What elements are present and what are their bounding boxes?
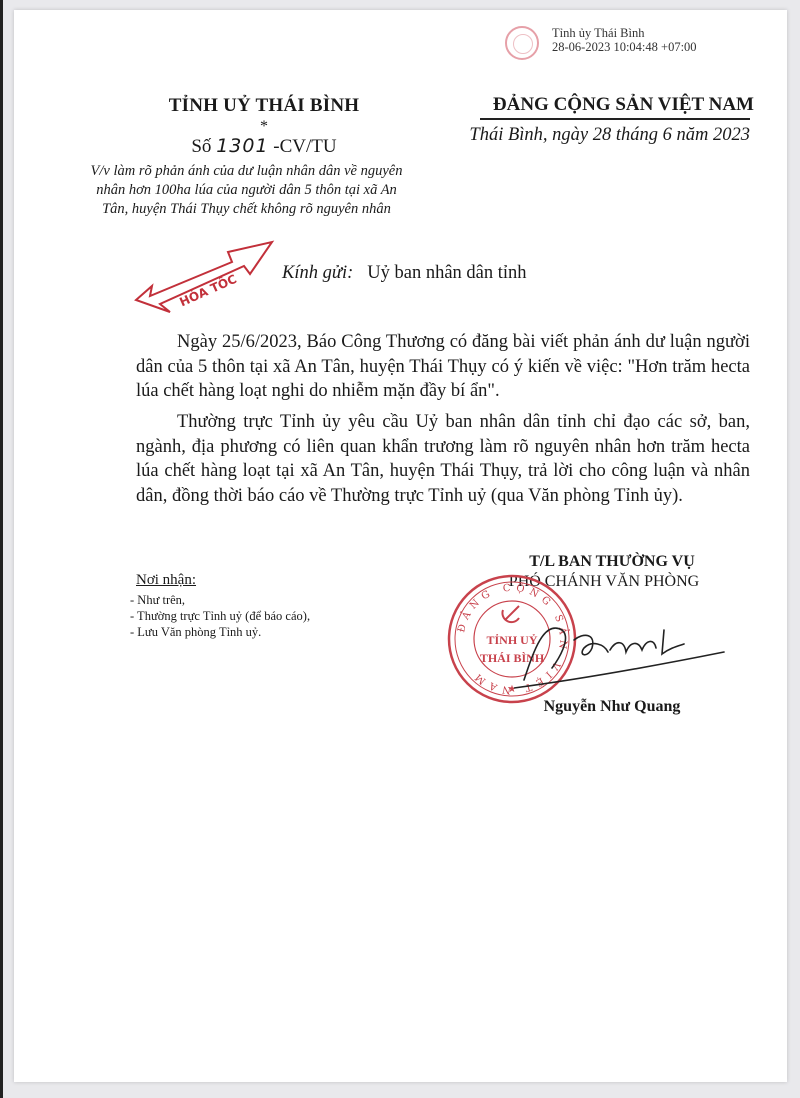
doc-number-suffix: -CV/TU xyxy=(269,136,337,157)
urgent-stamp-icon: HỎA TỐC xyxy=(132,238,282,318)
subject-line: nhân hơn 100ha lúa của người dân 5 thôn … xyxy=(74,181,419,200)
greeting-label: Kính gửi: xyxy=(282,263,353,283)
handwritten-signature-icon xyxy=(514,610,744,690)
body-paragraph: Thường trực Tỉnh ủy yêu cầu Uỷ ban nhân … xyxy=(136,410,750,508)
body-paragraph: Ngày 25/6/2023, Báo Công Thương có đăng … xyxy=(136,330,750,404)
doc-number-prefix: Số xyxy=(191,136,216,157)
greeting: Kính gửi:Uỷ ban nhân dân tỉnh xyxy=(282,263,527,284)
subject-line: V/v làm rõ phản ánh của dư luận nhân dân… xyxy=(74,162,419,181)
recipient-item: - Như trên, xyxy=(130,592,185,608)
recipients-title: Nơi nhận: xyxy=(136,572,196,589)
subject-line: Tân, huyện Thái Thụy chết không rõ nguyê… xyxy=(74,200,419,219)
greeting-recipient: Uỷ ban nhân dân tỉnh xyxy=(367,263,526,283)
document-number: Số 1301 -CV/TU xyxy=(114,135,414,158)
digital-signature-signer: Tỉnh ủy Thái Bình xyxy=(552,26,697,40)
window-edge xyxy=(0,0,3,1098)
star-mark: * xyxy=(114,118,414,136)
document-page: Tỉnh ủy Thái Bình 28-06-2023 10:04:48 +0… xyxy=(14,10,787,1082)
signer-name: Nguyễn Như Quang xyxy=(494,698,730,716)
digital-signature-timestamp: 28-06-2023 10:04:48 +07:00 xyxy=(552,40,697,54)
digital-signature: Tỉnh ủy Thái Bình 28-06-2023 10:04:48 +0… xyxy=(552,26,697,54)
issuing-organization: TỈNH UỶ THÁI BÌNH xyxy=(114,95,414,117)
party-name: ĐẢNG CỘNG SẢN VIỆT NAM xyxy=(474,94,754,116)
urgent-stamp-text: HỎA TỐC xyxy=(176,269,239,309)
document-subject: V/v làm rõ phản ánh của dư luận nhân dân… xyxy=(74,162,419,219)
place-date: Thái Bình, ngày 28 tháng 6 năm 2023 xyxy=(444,125,750,146)
recipient-item: - Lưu Văn phòng Tỉnh uỷ. xyxy=(130,624,261,640)
doc-number-handwritten: 1301 xyxy=(216,135,268,157)
digital-seal-icon xyxy=(505,26,539,60)
recipient-item: - Thường trực Tỉnh uỷ (để báo cáo), xyxy=(130,608,310,624)
signature-on-behalf: T/L BAN THƯỜNG VỤ xyxy=(494,553,730,571)
party-underline xyxy=(480,118,750,120)
